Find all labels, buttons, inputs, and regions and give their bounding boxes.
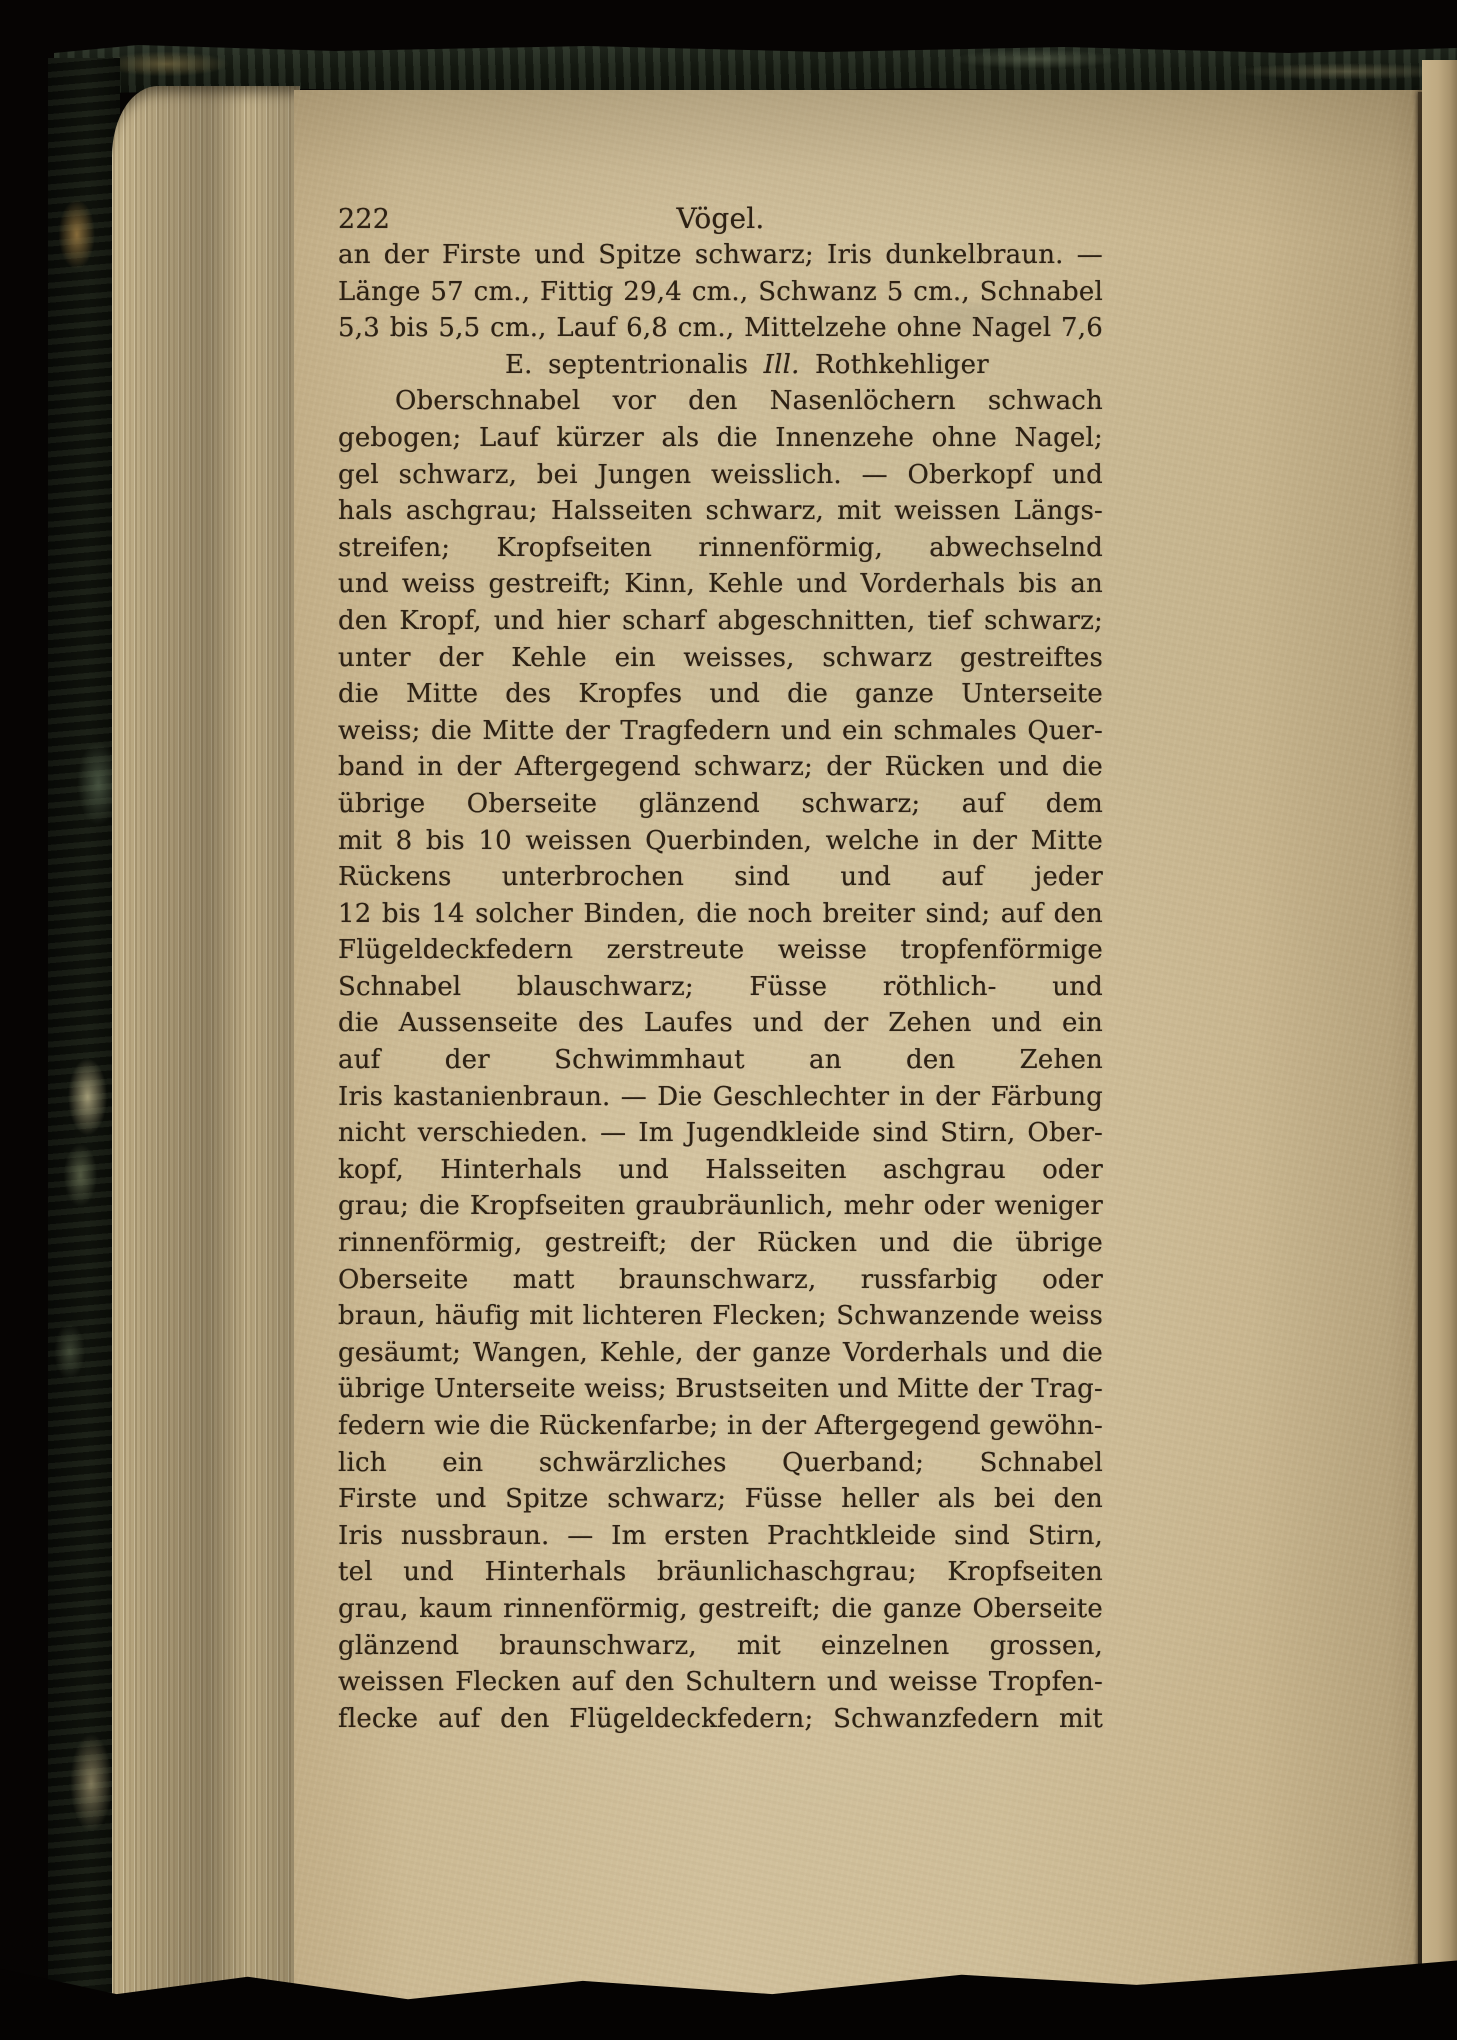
text-line: auf der Schwimmhaut an den Zehen grünlic… (338, 1042, 1103, 1079)
text-line: weissen Flecken auf den Schultern und we… (338, 1664, 1103, 1701)
text-line: 12 bis 14 solcher Binden, die noch breit… (338, 896, 1103, 933)
text-line: streifen; Kropfseiten rinnenförmig, abwe… (338, 530, 1103, 567)
text-line: glänzend braunschwarz, mit einzelnen gro… (338, 1628, 1103, 1665)
text-line: hals aschgrau; Halsseiten schwarz, mit w… (338, 493, 1103, 530)
text-line: gebogen; Lauf kürzer als die Innenzehe o… (338, 420, 1103, 457)
text-line: unter der Kehle ein weisses, schwarz ges… (338, 640, 1103, 677)
text-line: lich ein schwärzliches Querband; Schnabe… (338, 1445, 1103, 1482)
text-line: die Aussenseite des Laufes und der Zehen… (338, 1005, 1103, 1042)
text-line: Firste und Spitze schwarz; Füsse heller … (338, 1481, 1103, 1518)
text-line: Länge 57 cm., Fittig 29,4 cm., Schwanz 5… (338, 274, 1103, 311)
text-line: gel schwarz, bei Jungen weisslich. — Obe… (338, 457, 1103, 494)
scanned-book-photo: { "book_page": { "page_number": "222", "… (0, 0, 1457, 2040)
body-text: an der Firste und Spitze schwarz; Iris d… (338, 237, 1103, 1737)
text-line: gesäumt; Wangen, Kehle, der ganze Vorder… (338, 1335, 1103, 1372)
text-line: Flügeldeckfedern zerstreute weisse tropf… (338, 932, 1103, 969)
text-line: und weiss gestreift; Kinn, Kehle und Vor… (338, 566, 1103, 603)
text-line: Schnabel blauschwarz; Füsse röthlich- un… (338, 969, 1103, 1006)
text-line: übrige Unterseite weiss; Brustseiten und… (338, 1371, 1103, 1408)
text-line: grau; die Kropfseiten graubräunlich, meh… (338, 1188, 1103, 1225)
text-line: braun, häufig mit lichteren Flecken; Sch… (338, 1298, 1103, 1335)
adjacent-page-edge (1422, 60, 1457, 1990)
text-line: E. septentrionalis Ill. Rothkehliger Tau… (338, 347, 1103, 384)
text-line: den Kropf, und hier scharf abgeschnitten… (338, 603, 1103, 640)
text-line: Oberschnabel vor den Nasenlöchern schwac… (338, 383, 1103, 420)
text-line: weiss; die Mitte der Tragfedern und ein … (338, 713, 1103, 750)
text-line: Oberseite matt braunschwarz, russfarbig … (338, 1262, 1103, 1299)
page-stack-edges (112, 86, 300, 2011)
text-line: nicht verschieden. — Im Jugendkleide sin… (338, 1115, 1103, 1152)
text-line: tel und Hinterhals bräunlichaschgrau; Kr… (338, 1554, 1103, 1591)
text-line: an der Firste und Spitze schwarz; Iris d… (338, 237, 1103, 274)
text-line: übrige Oberseite glänzend schwarz; auf d… (338, 786, 1103, 823)
text-line: federn wie die Rückenfarbe; in der After… (338, 1408, 1103, 1445)
text-line: Rückens unterbrochen sind und auf jeder … (338, 859, 1103, 896)
text-line: Iris kastanienbraun. — Die Geschlechter … (338, 1079, 1103, 1116)
book-cover-spine-edge (48, 58, 120, 2018)
text-line: kopf, Hinterhals und Halsseiten aschgrau… (338, 1152, 1103, 1189)
text-line: flecke auf den Flügeldeckfedern; Schwanz… (338, 1701, 1103, 1738)
text-line: rinnenförmig, gestreift; der Rücken und … (338, 1225, 1103, 1262)
species-heading-text: E. septentrionalis (505, 350, 764, 380)
text-line: Iris nussbraun. — Im ersten Prachtkleide… (338, 1518, 1103, 1555)
species-authority-italic: Ill. (764, 350, 800, 380)
text-line: mit 8 bis 10 weissen Querbinden, welche … (338, 823, 1103, 860)
text-line: die Mitte des Kropfes und die ganze Unte… (338, 676, 1103, 713)
running-header: Vögel. (338, 202, 1103, 235)
text-line: band in der Aftergegend schwarz; der Rüc… (338, 749, 1103, 786)
text-line: 5,3 bis 5,5 cm., Lauf 6,8 cm., Mittelzeh… (338, 310, 1103, 347)
text-line: grau, kaum rinnenförmig, gestreift; die … (338, 1591, 1103, 1628)
